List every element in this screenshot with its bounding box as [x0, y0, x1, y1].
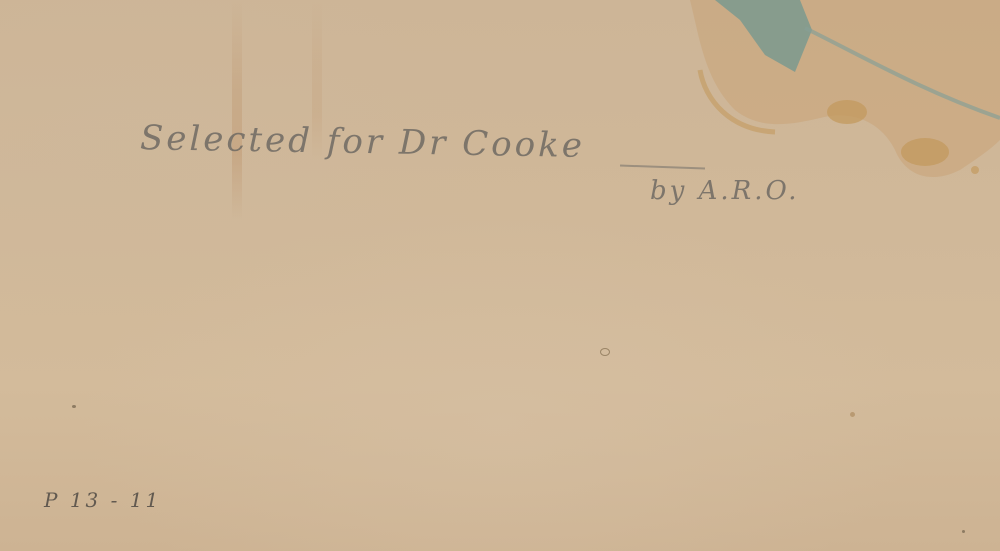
paper-blemish: [850, 412, 855, 417]
paper-blemish: [962, 530, 965, 533]
inscription-main: Selected for Dr Cooke: [140, 118, 586, 166]
paper-blemish: [600, 348, 610, 356]
inscription-attribution: by A.R.O.: [650, 176, 800, 206]
paper-blemish: [72, 405, 76, 408]
watercolor-fragment: [0, 0, 1000, 551]
inscription-reference: P 13 - 11: [44, 488, 161, 512]
aged-paper: Selected for Dr Cooke by A.R.O. P 13 - 1…: [0, 0, 1000, 551]
